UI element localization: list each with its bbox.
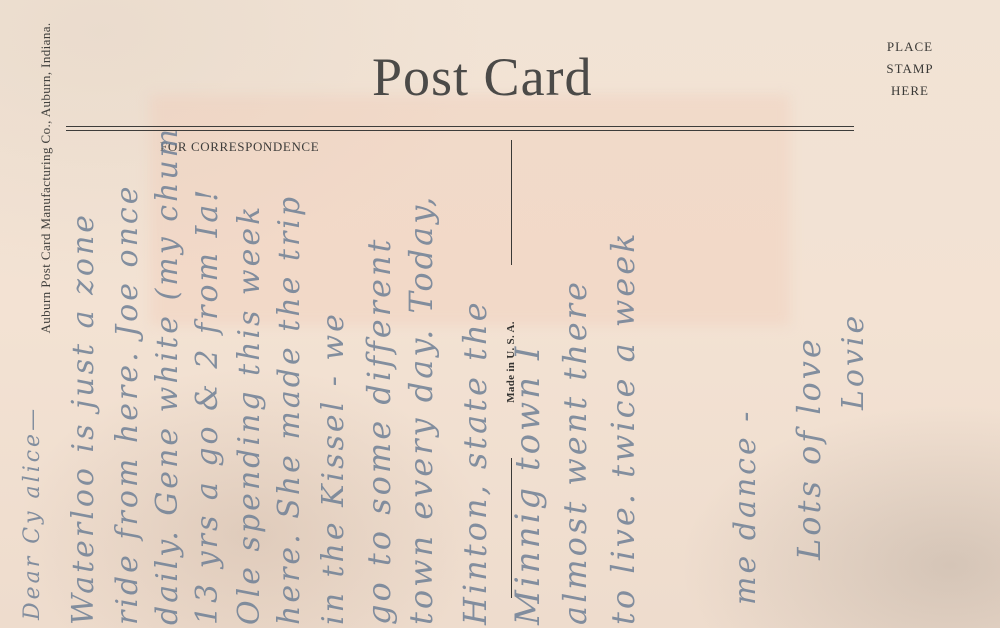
- handwritten-line: here. She made the trip: [272, 194, 307, 625]
- handwritten-line: almost went there: [556, 279, 594, 625]
- handwritten-line: Dear Cy alice—: [20, 406, 45, 620]
- handwritten-line: town every day. Today,: [402, 194, 440, 625]
- stamp-line: STAMP: [862, 58, 958, 80]
- publisher-imprint: Auburn Post Card Manufacturing Co., Aubu…: [38, 22, 54, 333]
- handwritten-line: to live. twice a week: [604, 230, 642, 625]
- handwritten-line: Lots of love: [790, 336, 828, 560]
- handwritten-line: in the Kissel - we: [316, 311, 351, 625]
- handwritten-line: Ole spending this week: [232, 204, 267, 625]
- handwritten-line: Waterloo is just a zone: [66, 212, 101, 625]
- handwritten-line: daily. Gene white (my chum: [150, 126, 185, 625]
- postcard-back: Post Card FOR CORRESPONDENCE PLACE STAMP…: [0, 0, 1000, 628]
- handwritten-line: Minnig town I: [508, 344, 548, 625]
- stamp-box: PLACE STAMP HERE: [862, 36, 958, 102]
- stamp-line: HERE: [862, 80, 958, 102]
- handwritten-line: ride from here. Joe once: [110, 184, 145, 625]
- center-divider: [511, 140, 512, 265]
- card-title: Post Card: [372, 50, 593, 104]
- stamp-line: PLACE: [862, 36, 958, 58]
- handwritten-line: Lovie: [836, 313, 871, 410]
- handwritten-line: 13 yrs a go & 2 from Ia!: [190, 187, 225, 625]
- handwritten-line: go to some different: [360, 237, 398, 625]
- handwritten-line: me dance -: [728, 409, 763, 605]
- handwritten-line: Hinton, state the: [456, 299, 494, 625]
